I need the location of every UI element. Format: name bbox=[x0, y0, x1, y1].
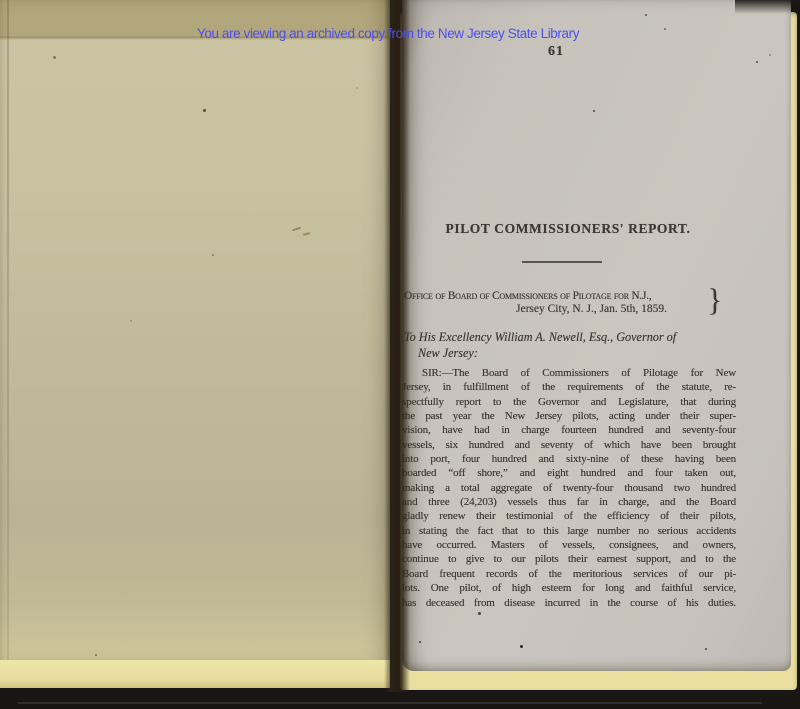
speck bbox=[520, 645, 523, 648]
body-line: vessels, six hundred and seventy of whic… bbox=[402, 438, 736, 452]
body-line: continue to give to our pilots their ear… bbox=[402, 552, 736, 566]
report-body: SIR:—The Board of Commissioners of Pilot… bbox=[402, 366, 736, 610]
body-line: has deceased from disease incurred in th… bbox=[402, 596, 736, 610]
speck bbox=[664, 28, 666, 30]
stain bbox=[212, 254, 214, 256]
body-line: spectfully report to the Governor and Le… bbox=[402, 395, 736, 409]
body-line: into port, four hundred and sixty-nine o… bbox=[402, 452, 736, 466]
archived-book-scan: Six deputies, having served their regula… bbox=[0, 0, 800, 709]
body-line: making a total aggregate of twenty-four … bbox=[402, 481, 736, 495]
address-brace: } bbox=[708, 283, 722, 319]
stain bbox=[203, 109, 206, 112]
book-gutter bbox=[384, 0, 410, 692]
body-line: and three (24,203) vessels thus far in c… bbox=[402, 495, 736, 509]
left-page bbox=[0, 0, 390, 663]
speck bbox=[593, 110, 595, 112]
body-line: the past year the New Jersey pilots, act… bbox=[402, 409, 736, 423]
under-page-edge-left bbox=[0, 660, 390, 688]
body-line: gladly renew their testimonial of the ef… bbox=[402, 509, 736, 523]
page-title: PILOT COMMISSIONERS' REPORT. bbox=[402, 221, 734, 237]
office-line: Office of Board of Commissioners of Pilo… bbox=[404, 290, 726, 302]
salutation-line: New Jersey: bbox=[418, 346, 726, 362]
body-line: boarded “off shore,” and eight hundred a… bbox=[402, 466, 736, 480]
archive-watermark-notice: You are viewing an archived copy from th… bbox=[197, 26, 579, 41]
body-line: in stating the fact that to this large n… bbox=[402, 524, 736, 538]
speck bbox=[769, 54, 771, 56]
body-line: vision, have had in charge fourteen hund… bbox=[402, 423, 736, 437]
salutation: To His Excellency William A. Newell, Esq… bbox=[404, 330, 726, 361]
body-line: Board frequent records of the meritoriou… bbox=[402, 567, 736, 581]
stain bbox=[53, 56, 56, 59]
body-line: Jersey, in fulfillment of the requiremen… bbox=[402, 380, 736, 394]
body-line: have occurred. Masters of vessels, consi… bbox=[402, 538, 736, 552]
salutation-line: To His Excellency William A. Newell, Esq… bbox=[404, 330, 726, 346]
page-crease bbox=[7, 0, 9, 663]
stain bbox=[95, 654, 97, 656]
speck bbox=[419, 641, 421, 643]
office-address-block: Office of Board of Commissioners of Pilo… bbox=[404, 290, 726, 315]
date-line: Jersey City, N. J., Jan. 5th, 1859. bbox=[516, 303, 726, 315]
top-edge-shadow bbox=[735, 0, 800, 14]
speck bbox=[705, 648, 707, 650]
body-line: lots. One pilot, of high esteem for long… bbox=[402, 581, 736, 595]
title-rule bbox=[522, 261, 602, 263]
body-line: SIR:—The Board of Commissioners of Pilot… bbox=[402, 366, 736, 380]
bottom-page-edge bbox=[18, 702, 762, 704]
speck bbox=[756, 61, 758, 63]
page-number: 61 bbox=[548, 44, 564, 60]
stain bbox=[130, 320, 132, 322]
stain bbox=[356, 87, 358, 89]
speck bbox=[645, 14, 647, 16]
speck bbox=[478, 612, 481, 615]
